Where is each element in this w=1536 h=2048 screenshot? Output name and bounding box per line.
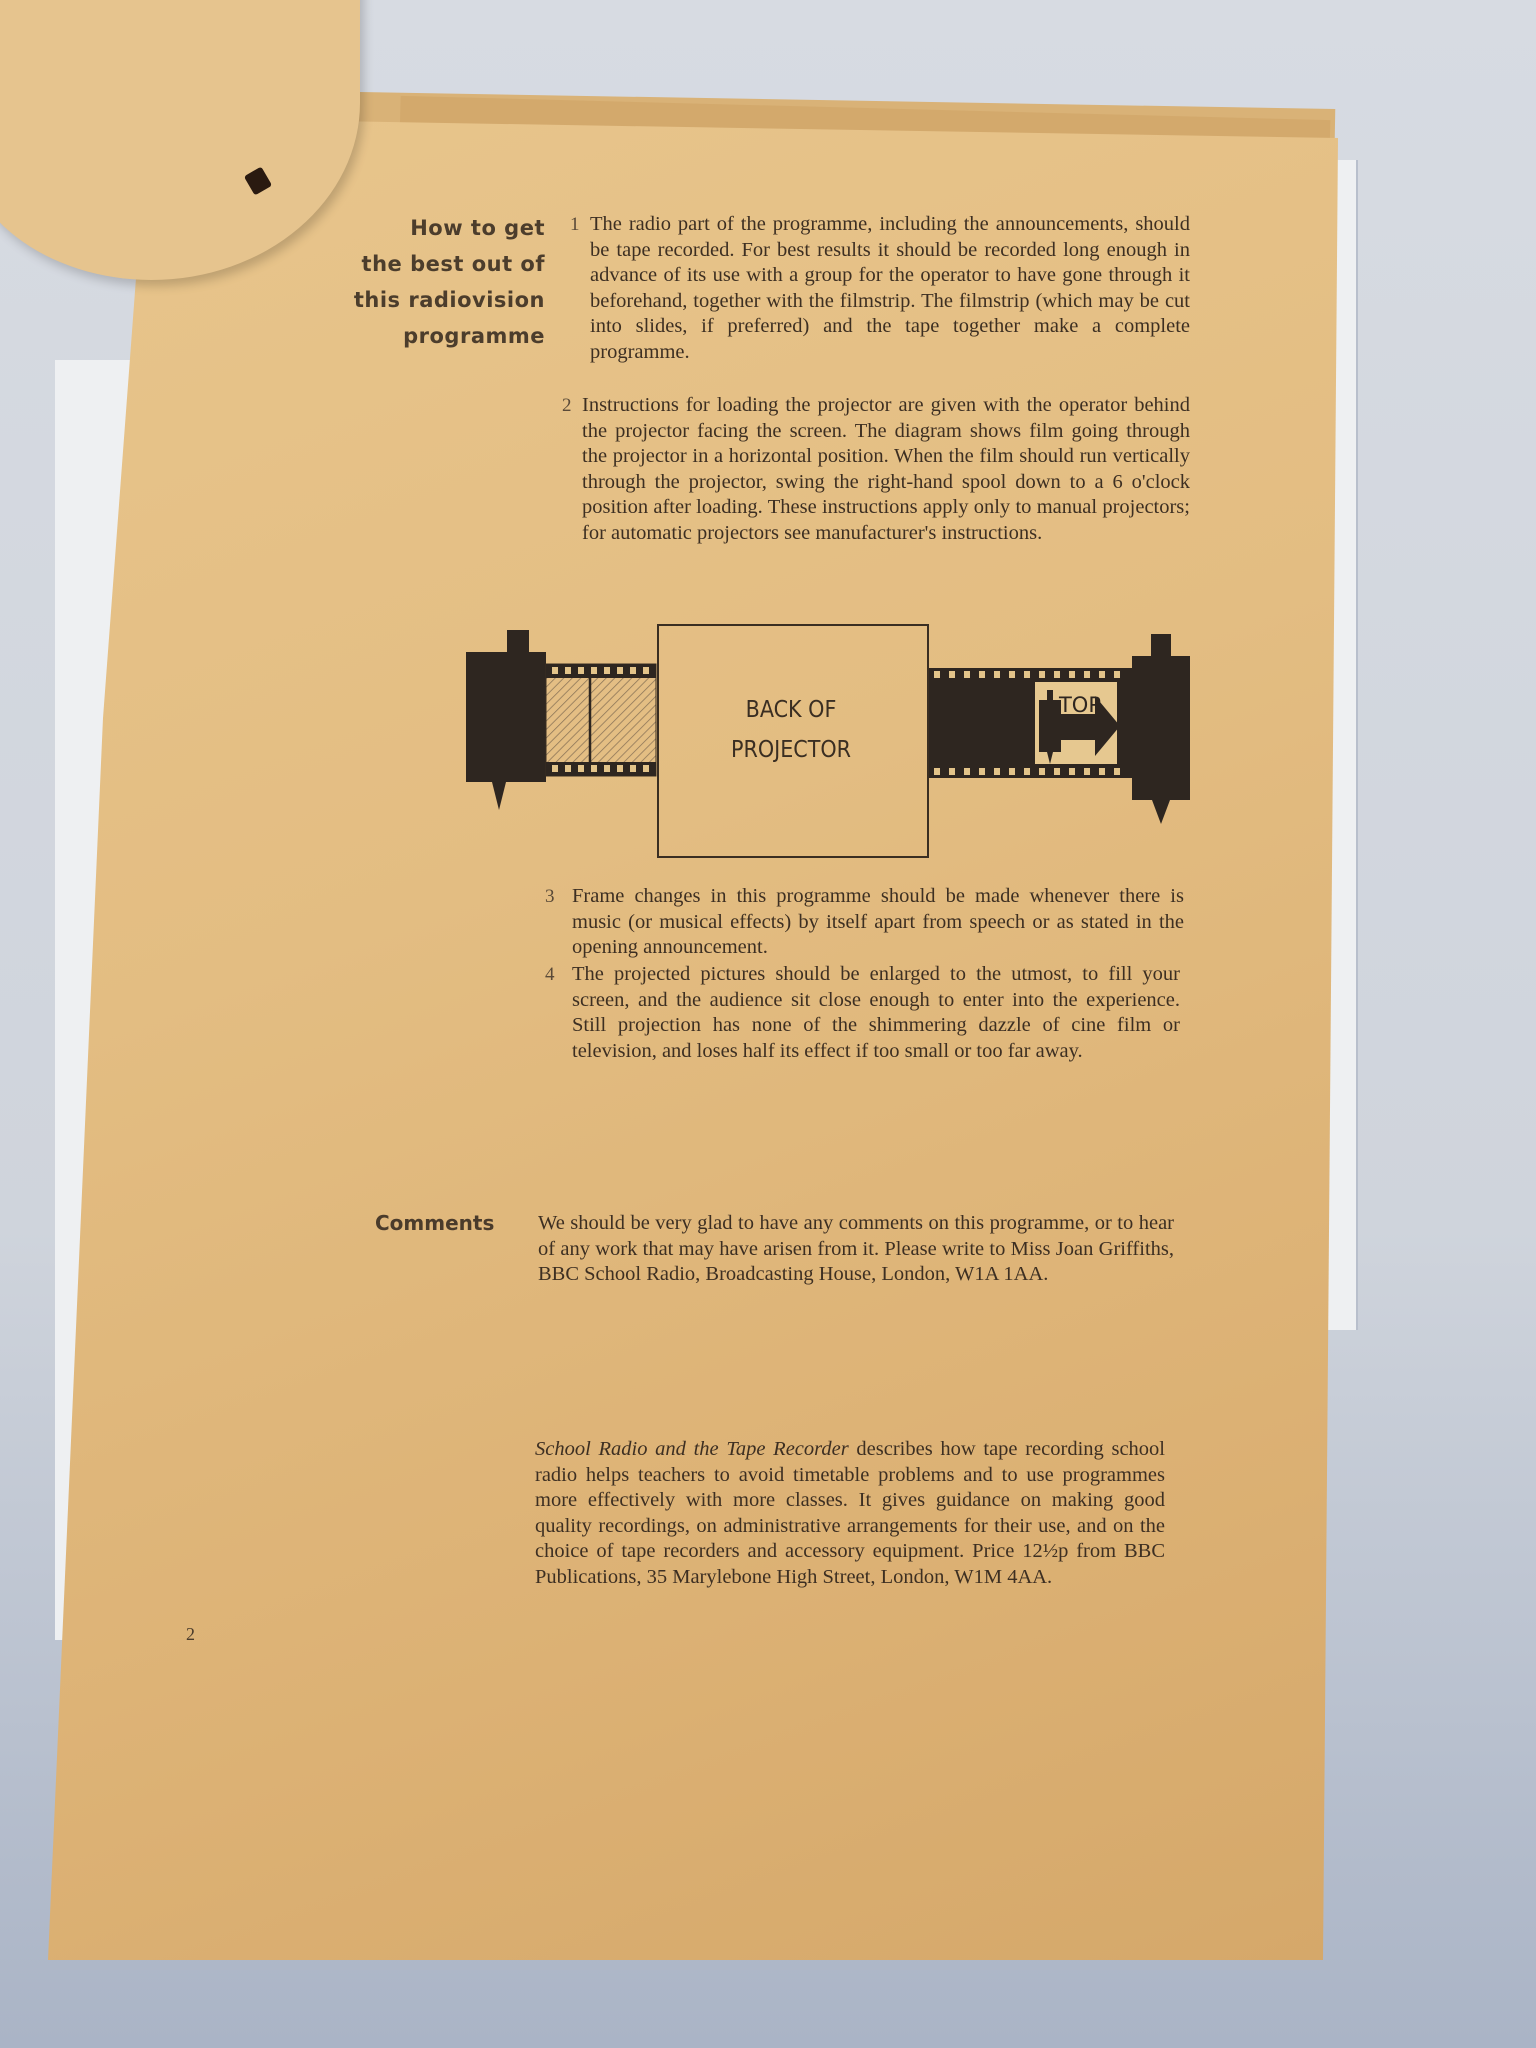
item-number: 3: [545, 886, 555, 908]
heading-line: programme: [300, 318, 545, 354]
comments-label: Comments: [375, 1211, 494, 1235]
item-number: 4: [545, 964, 555, 986]
item-number: 2: [562, 395, 572, 417]
page-number: 2: [186, 1624, 195, 1645]
page-content: How to get the best out of this radiovis…: [0, 0, 1536, 2048]
heading-line: this radiovision: [300, 282, 545, 318]
heading-line: the best out of: [300, 246, 545, 282]
projector-loading-diagram: TOP BACK OF PROJECTOR: [462, 618, 1192, 858]
left-spool-icon: [466, 630, 546, 810]
projector-label-line: BACK OF: [657, 690, 925, 730]
heading-line: How to get: [300, 210, 545, 246]
publication-description: describes how tape recording school radi…: [535, 1438, 1165, 1588]
item-number: 1: [570, 214, 580, 236]
projector-label: BACK OF PROJECTOR: [657, 690, 925, 770]
instruction-item-2: Instructions for loading the projector a…: [582, 393, 1190, 547]
instruction-item-1: The radio part of the programme, includi…: [590, 212, 1190, 366]
comments-text: We should be very glad to have any comme…: [538, 1211, 1174, 1288]
section-heading: How to get the best out of this radiovis…: [300, 210, 545, 354]
instruction-item-4: The projected pictures should be enlarge…: [572, 962, 1180, 1064]
right-spool-icon: [1132, 634, 1190, 824]
film-strip-icon: [546, 664, 656, 776]
publication-note: School Radio and the Tape Recorder descr…: [535, 1437, 1165, 1591]
svg-text:TOP: TOP: [1058, 693, 1101, 717]
projector-label-line: PROJECTOR: [657, 730, 925, 770]
instruction-item-3: Frame changes in this programme should b…: [572, 884, 1184, 961]
publication-title: School Radio and the Tape Recorder: [535, 1438, 849, 1460]
